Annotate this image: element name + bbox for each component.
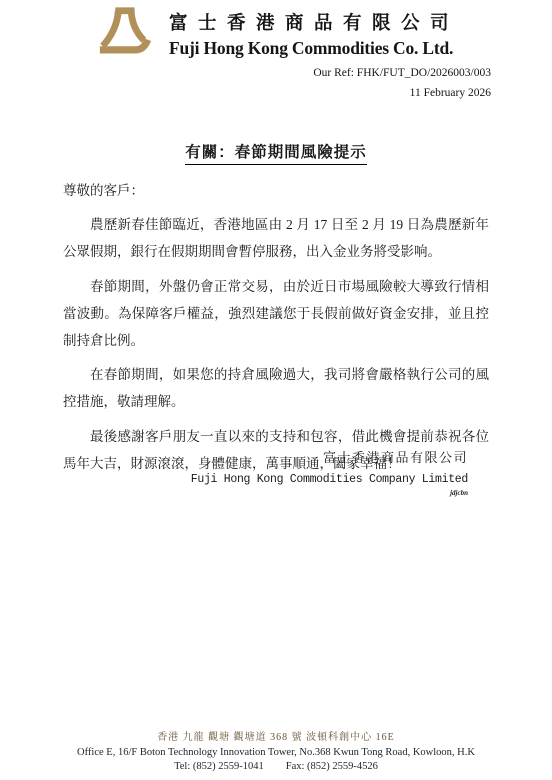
footer-fax: Fax: (852) 2559-4526 [286, 761, 378, 772]
letterhead-footer: 香港 九龍 觀塘 觀塘道 368 號 波頓科創中心 16E Office E, … [0, 731, 552, 774]
signature-company-zh: 富士香港商品有限公司 [191, 447, 468, 466]
letter-title: 有關：春節期間風險提示 [185, 140, 367, 165]
letter-body: 尊敬的客戶： 農歷新春佳節臨近，香港地區由 2 月 17 日至 2 月 19 日… [63, 177, 489, 477]
fuji-mountain-logo-icon [96, 6, 152, 57]
letter-paragraph: 農歷新春佳節臨近，香港地區由 2 月 17 日至 2 月 19 日為農歷新年公眾… [63, 211, 489, 265]
signature-initials: jdjcbn [191, 489, 468, 497]
reference-block: Our Ref: FHK/FUT_DO/2026003/003 11 Febru… [313, 64, 491, 103]
letter-title-wrap: 有關：春節期間風險提示 [0, 140, 552, 165]
our-ref: Our Ref: FHK/FUT_DO/2026003/003 [313, 64, 491, 84]
signature-block: 富士香港商品有限公司 Fuji Hong Kong Commodities Co… [191, 447, 468, 497]
company-name-zh: 富士香港商品有限公司 [169, 9, 465, 35]
footer-address-en: Office E, 16/F Boton Technology Innovati… [0, 746, 552, 760]
footer-tel: Tel: (852) 2559-1041 [174, 761, 264, 772]
footer-contact-line: Tel: (852) 2559-1041Fax: (852) 2559-4526 [0, 760, 552, 774]
letter-page: 富士香港商品有限公司 Fuji Hong Kong Commodities Co… [0, 0, 552, 780]
signature-company-en: Fuji Hong Kong Commodities Company Limit… [191, 473, 468, 486]
company-name-block: 富士香港商品有限公司 Fuji Hong Kong Commodities Co… [169, 9, 465, 59]
letter-paragraph: 在春節期間，如果您的持倉風險過大，我司將會嚴格執行公司的風控措施，敬請理解。 [63, 361, 489, 415]
footer-address-zh: 香港 九龍 觀塘 觀塘道 368 號 波頓科創中心 16E [0, 731, 552, 745]
company-name-en: Fuji Hong Kong Commodities Co. Ltd. [169, 38, 465, 59]
letter-date: 11 February 2026 [313, 84, 491, 104]
letter-paragraph: 春節期間，外盤仍會正常交易，由於近日市場風險較大導致行情相當波動。為保障客戶權益… [63, 273, 489, 355]
salutation: 尊敬的客戶： [63, 177, 489, 204]
